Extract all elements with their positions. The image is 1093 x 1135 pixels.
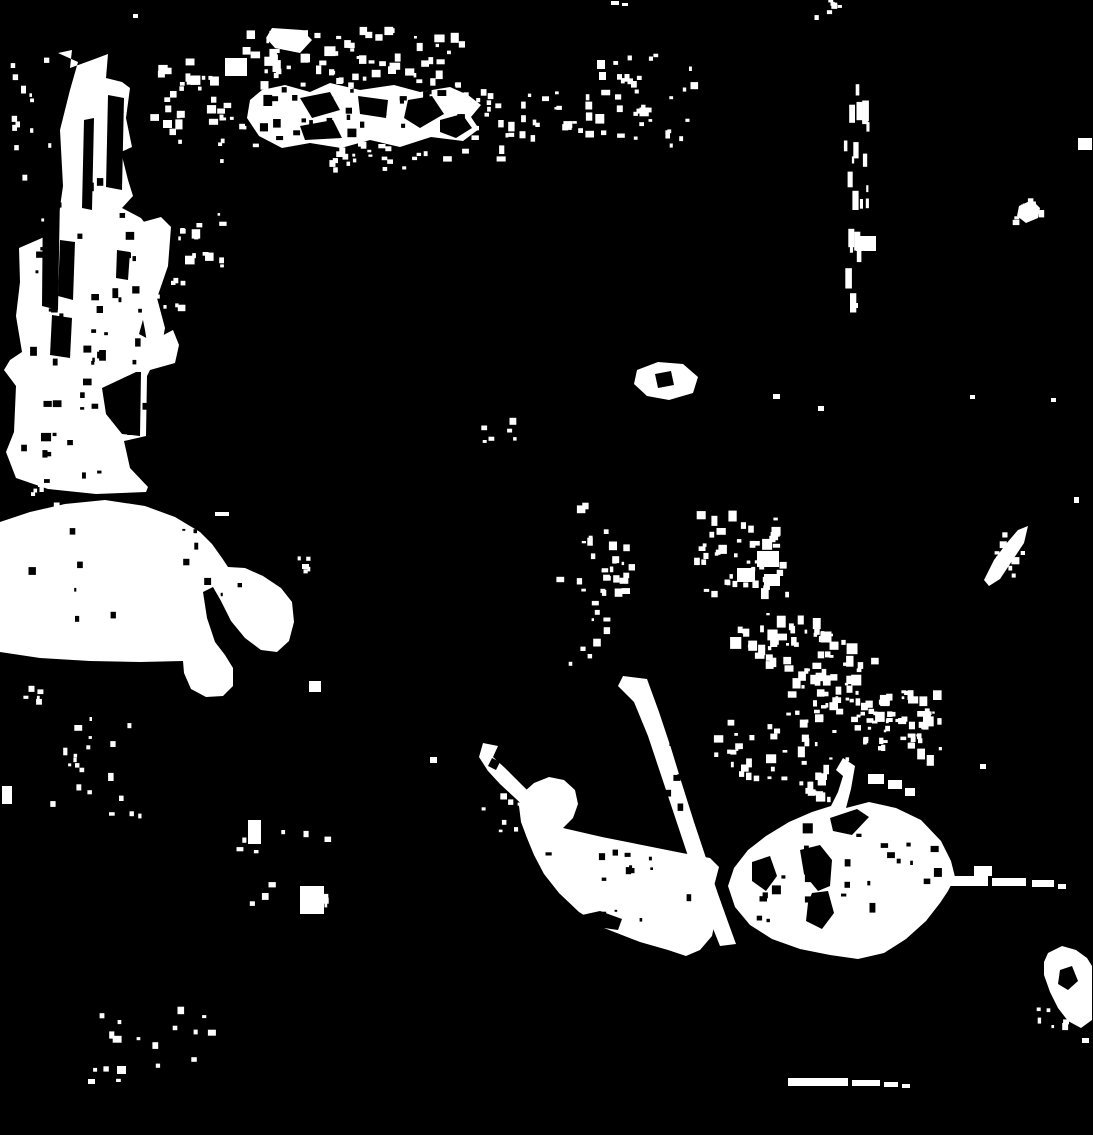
- fragment: [818, 406, 824, 411]
- fragment: [992, 878, 1026, 886]
- fragment: [309, 681, 321, 692]
- fragment: [888, 780, 902, 789]
- fragment: [1074, 497, 1079, 503]
- fragment: [1051, 398, 1056, 402]
- fragment: [788, 1078, 848, 1086]
- fragment: [773, 394, 780, 399]
- fragment: [852, 1080, 880, 1086]
- fragment: [974, 866, 992, 876]
- fragment: [599, 72, 606, 80]
- fragment: [757, 551, 779, 567]
- binarized-photo-viewport: [0, 0, 1093, 1135]
- fragment: [868, 774, 884, 784]
- fragment: [980, 764, 986, 769]
- trunk-gap-6: [50, 315, 72, 358]
- fragment: [88, 1079, 95, 1084]
- fragment: [225, 58, 247, 76]
- fragment: [215, 512, 229, 516]
- fragment: [905, 788, 915, 796]
- fragment: [1032, 880, 1054, 887]
- trunk-gap-2: [106, 95, 124, 190]
- trunk-gap-3: [58, 240, 75, 300]
- trunk-gap-1: [82, 118, 94, 210]
- fragment: [1058, 884, 1066, 889]
- fragment: [163, 120, 172, 128]
- fragment: [248, 820, 261, 844]
- fragment: [902, 1084, 910, 1088]
- fragment: [597, 60, 605, 69]
- fragment: [117, 1066, 126, 1074]
- binarized-photograph: [0, 0, 1093, 1135]
- trunk-gap-5: [42, 192, 60, 310]
- fragment: [970, 395, 975, 399]
- mid-blob-hole: [655, 371, 674, 388]
- fragment: [611, 1, 619, 5]
- fragment: [936, 876, 988, 886]
- fragment: [622, 3, 628, 6]
- fragment: [300, 886, 324, 914]
- fragment: [884, 1082, 898, 1087]
- fragment: [1078, 138, 1092, 150]
- fragment: [1082, 1038, 1089, 1043]
- fragment: [430, 757, 437, 763]
- fragment: [2, 786, 12, 804]
- fragment: [133, 14, 138, 18]
